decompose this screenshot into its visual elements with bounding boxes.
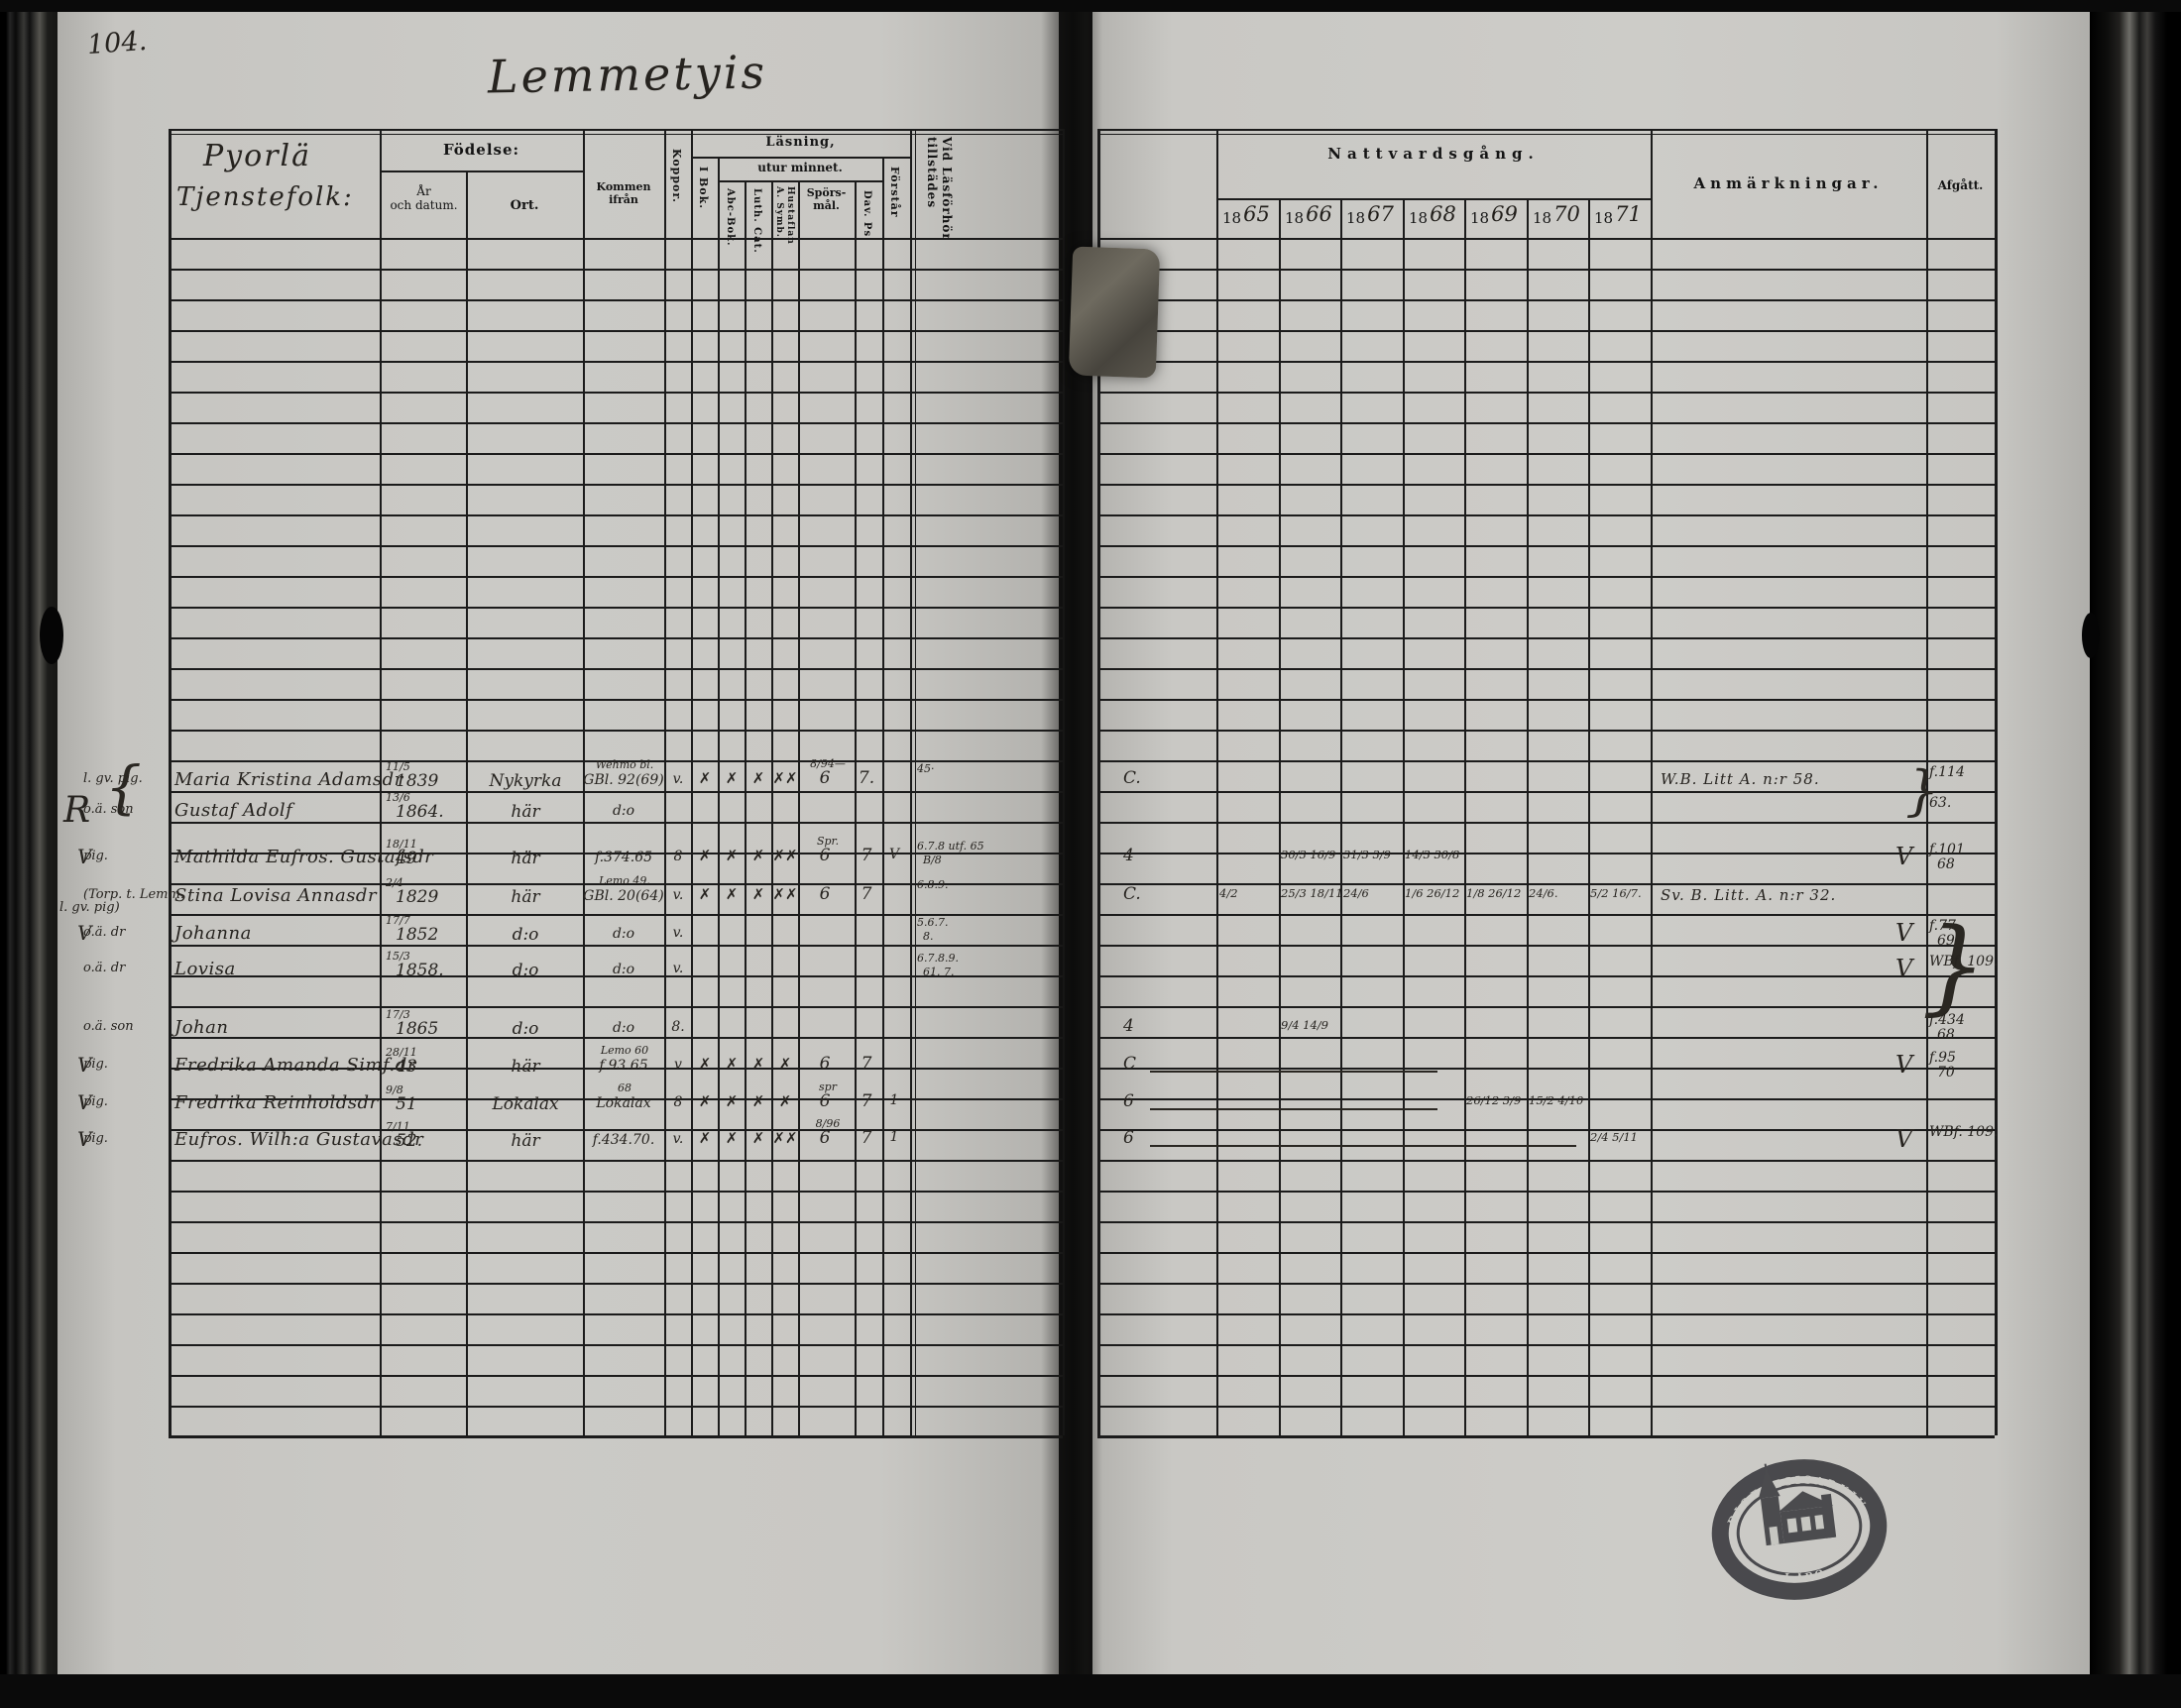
grid-hline [1097, 883, 1995, 885]
row-name: Fredrika Reinholdsdr [174, 1092, 383, 1113]
row-reading-abc: ✗ [720, 885, 744, 903]
year-printed-prefix: 18 [1470, 209, 1489, 227]
row-communion-1869: 1/8 26/12 [1466, 886, 1526, 900]
row-afgatt-ref: WBf. 109. [1929, 1124, 1993, 1140]
row-reading-luth: ✗ [746, 1055, 770, 1073]
grid-vline [1403, 198, 1405, 1435]
row-margin-note-2: l. gv. pig) [59, 900, 178, 915]
header-ort: Ort. [468, 198, 581, 213]
row-smallpox-mark: 8 [666, 849, 690, 864]
row-come-from: d:o [583, 1020, 664, 1036]
grid-hline [169, 945, 1063, 947]
grid-hline [1097, 299, 1995, 301]
grid-hline [1097, 1283, 1995, 1285]
grid-hline [1097, 791, 1995, 793]
row-sporsmal-grade: 6 [813, 846, 837, 865]
grid-hline [1097, 1068, 1995, 1070]
photo-edge-bottom [0, 1674, 2181, 1708]
row-come-from: d:o [583, 926, 664, 942]
row-reading-ibok: ✗ [693, 847, 717, 864]
row-come-from: GBl. 20(64) [583, 888, 664, 904]
row-margin-note: pig. [83, 1057, 177, 1072]
row-name: Lovisa [174, 959, 383, 979]
row-come-from: f.93.65 [583, 1058, 664, 1074]
book-spine-edge [0, 0, 57, 1708]
row-afgatt-ref: 63. [1929, 795, 1993, 811]
row-margin-symbol: V [77, 845, 91, 868]
grid-hline [691, 157, 910, 159]
grid-hline [718, 180, 882, 182]
grid-hline [169, 1406, 1063, 1408]
row-birth-place: här [470, 802, 581, 822]
row-afgatt-check: V [1895, 1125, 1927, 1153]
grid-hline [169, 822, 1063, 824]
header-vid-lasforhor: Vid Läsförhör tillstädes [924, 137, 954, 241]
row-davps-grade: 7 [855, 1054, 878, 1074]
row-come-from-note: Wehmo bl. [587, 758, 662, 771]
row-name: Eufros. Wilh:a Gustavasdr [174, 1129, 383, 1150]
row-birth-year: 1864. [396, 802, 467, 822]
grid-vline [1588, 198, 1590, 1435]
row-reading-ibok: ✗ [693, 1092, 717, 1110]
grid-hline [1216, 198, 1651, 200]
row-birth-year: 1839 [396, 771, 467, 791]
row-birth-place: här [470, 1057, 581, 1077]
row-communion-mark: C. [1123, 768, 1183, 788]
grid-hline [1097, 914, 1995, 916]
header-koppor: Koppor. [670, 149, 682, 203]
row-afgatt-ref: WBf. 109. [1929, 954, 1993, 969]
year-cell: 1871 [1594, 204, 1650, 228]
year-cell: 1865 [1222, 204, 1278, 228]
row-name: Fredrika Amanda Simf.dr [174, 1055, 383, 1076]
row-margin-symbol: V [77, 1053, 91, 1077]
row-smallpox-mark: 8. [666, 1019, 690, 1035]
row-communion-1871: 5/2 16/7. [1590, 886, 1650, 900]
row-come-from: f.374.65 [583, 850, 664, 865]
grid-hline [169, 607, 1063, 609]
grid-vline [1464, 198, 1466, 1435]
row-smallpox-mark: v. [666, 771, 690, 787]
row-birth-place: d:o [470, 925, 581, 945]
grid-hline [1097, 1252, 1995, 1254]
grid-vline [745, 180, 746, 1435]
year-cell: 1869 [1470, 204, 1526, 228]
header-sporsmal: Spörs- mål. [798, 186, 855, 212]
grid-hline [1097, 730, 1995, 732]
year-printed-prefix: 18 [1409, 209, 1428, 227]
row-communion-1867: 31/3 3/9 [1343, 848, 1403, 861]
header-lasning: Läsning, [691, 135, 910, 150]
edge-notch-mark [2082, 613, 2100, 658]
year-cell: 1867 [1346, 204, 1402, 228]
row-reading-luth: ✗ [746, 1092, 770, 1110]
row-margin-note: pig. [83, 849, 177, 863]
grid-hline [169, 129, 1063, 131]
row-reading-ibok: ✗ [693, 769, 717, 787]
year-printed-prefix: 18 [1594, 209, 1613, 227]
edge-hole-mark [40, 607, 63, 664]
row-name: Stina Lovisa Annasdr [174, 885, 383, 906]
grid-hline [1097, 1313, 1995, 1315]
grid-hline [1097, 129, 1995, 131]
row-communion-1870: 15/2 4/10 [1529, 1093, 1588, 1107]
row-afgatt-check: V [1895, 843, 1927, 870]
row-reading-abc: ✗ [720, 1092, 744, 1110]
row-birth-place: Nykyrka [470, 771, 581, 791]
row-smallpox-mark: v. [666, 1131, 690, 1147]
row-margin-note: pig. [83, 1131, 177, 1146]
header-hustaflan-symb: Hustaflan A. Symb. [773, 186, 795, 245]
row-come-from: Lokalax [583, 1095, 664, 1111]
row-forstar-mark: V [882, 847, 906, 862]
row-margin-note: o.ä. son [83, 1019, 177, 1034]
header-kommen-ifran: Kommen ifrån [583, 180, 664, 206]
year-printed-prefix: 18 [1346, 209, 1365, 227]
grid-hline [169, 1221, 1063, 1223]
row-reading-hustaflan: ✗✗ [770, 1129, 800, 1147]
header-ar-och-datum: År och datum. [382, 184, 466, 212]
row-communion-1866: 30/3 16/9 [1281, 848, 1340, 861]
row-birth-year: 43 [396, 1057, 467, 1077]
row-birth-year: 51 [396, 1094, 467, 1114]
year-handwritten-suffix: 68 [1430, 202, 1456, 226]
row-come-from: d:o [583, 803, 664, 819]
row-davps-grade: 7 [855, 884, 878, 904]
year-printed-prefix: 18 [1533, 209, 1551, 227]
grid-hline [1097, 514, 1995, 516]
row-birth-place: här [470, 1131, 581, 1151]
row-name: Johan [174, 1017, 383, 1038]
grid-hline [1097, 1406, 1995, 1408]
grid-hline [1097, 1375, 1995, 1377]
row-afgatt-ref: f.95 [1929, 1050, 1993, 1066]
row-communion-1867: 24/6 [1343, 886, 1403, 900]
header-utur-minnet: utur minnet. [718, 161, 882, 174]
grid-hline [169, 699, 1063, 701]
grid-hline [1097, 330, 1995, 332]
grid-hline [169, 1191, 1063, 1193]
grid-hline [380, 171, 583, 172]
grid-hline [1097, 760, 1995, 762]
row-communion-mark: 4 [1123, 846, 1183, 865]
row-communion-1868: 1/6 26/12 [1405, 886, 1464, 900]
row-come-from: d:o [583, 962, 664, 977]
year-handwritten-suffix: 65 [1243, 202, 1270, 226]
row-birth-year: 1865 [396, 1019, 467, 1039]
grid-hline [169, 1252, 1063, 1254]
row-birth-year: 1829 [396, 887, 467, 907]
row-afgatt-check: V [1895, 1051, 1927, 1079]
row-smallpox-mark: v. [666, 887, 690, 903]
row-reading-hustaflan: ✗ [770, 1092, 800, 1110]
row-sporsmal-grade: 6 [813, 1054, 837, 1074]
row-birth-year: 49 [396, 849, 467, 868]
row-margin-symbol: R [63, 790, 90, 831]
grid-hline [1097, 822, 1995, 824]
row-sporsmal-grade: 6 [813, 1128, 837, 1148]
grid-hline [169, 1006, 1063, 1008]
grid-hline [1097, 637, 1995, 639]
header-dav-ps: Dav. Ps. [861, 190, 872, 242]
row-smallpox-mark: v. [666, 961, 690, 976]
row-forstar-mark: 1 [882, 1092, 906, 1108]
grid-vline [910, 129, 912, 1435]
grid-hline [1097, 1006, 1995, 1008]
year-handwritten-suffix: 66 [1306, 202, 1332, 226]
grid-hline [1097, 134, 1995, 135]
grid-hline [1097, 1037, 1995, 1039]
archive-stamp: DIOECESISARKIV · I ÅBO · [1697, 1431, 1901, 1627]
row-name: Mathilda Eufros. Gustafsdr [174, 847, 383, 867]
row-birth-place: här [470, 887, 581, 907]
grid-hline [169, 269, 1063, 271]
scanned-book-spread: 104. Lemmetyis Pyorlä Tjenstefolk: Födel… [0, 0, 2181, 1708]
row-afgatt-year: 68 [1937, 1027, 1995, 1043]
grid-hline [169, 791, 1063, 793]
grid-hline [169, 1283, 1063, 1285]
grid-vline [882, 157, 884, 1435]
row-name: Johanna [174, 923, 383, 944]
village-name: Pyorlä [203, 139, 311, 173]
grid-hline [169, 576, 1063, 578]
row-smallpox-mark: v. [666, 925, 690, 941]
row-come-from-note: 68 [587, 1082, 662, 1094]
row-remark: Sv. B. Litt. A. n:r 32. [1661, 886, 1924, 904]
photo-edge-top [0, 0, 2181, 12]
row-reading-abc: ✗ [720, 769, 744, 787]
header-anmarkningar: Anmärkningar. [1651, 174, 1926, 192]
row-davps-grade: 7 [855, 1091, 878, 1111]
row-communion-1865: 4/2 [1219, 886, 1279, 900]
grid-vline [1216, 129, 1218, 1435]
page-title-handwritten: Lemmetyis [488, 46, 768, 104]
year-handwritten-suffix: 67 [1367, 202, 1394, 226]
grid-hline [1097, 576, 1995, 578]
row-afgatt-ref: f.434 [1929, 1012, 1993, 1028]
grid-hline [169, 453, 1063, 455]
grid-hline [169, 238, 1063, 240]
grid-hline [1097, 422, 1995, 424]
header-fodelse: Födelse: [380, 141, 583, 159]
row-reading-ibok: ✗ [693, 885, 717, 903]
year-printed-prefix: 18 [1285, 209, 1304, 227]
grid-hline [169, 361, 1063, 363]
row-birth-year: 1852 [396, 925, 467, 945]
row-group-brace: } [1905, 759, 1939, 822]
page-stack-edge [2090, 0, 2181, 1708]
row-reading-hustaflan: ✗✗ [770, 769, 800, 787]
row-reading-ibok: ✗ [693, 1055, 717, 1073]
year-handwritten-suffix: 70 [1553, 202, 1580, 226]
grid-hline [1097, 607, 1995, 609]
row-communion-1869: 26/12 3/9 [1466, 1093, 1526, 1107]
grid-hline [169, 1313, 1063, 1315]
row-davps-grade: 7. [855, 768, 878, 788]
grid-vline [771, 180, 773, 1435]
grid-vline [1995, 129, 1998, 1435]
row-name: Gustaf Adolf [174, 800, 383, 821]
grid-hline [1097, 699, 1995, 701]
grid-hline [1097, 269, 1995, 271]
row-reading-abc: ✗ [720, 847, 744, 864]
row-come-from: GBl. 92(69) [583, 772, 664, 788]
row-margin-note: pig. [83, 1094, 177, 1109]
row-communion-1870: 24/6. [1529, 886, 1588, 900]
row-afgatt-ref: f.101 [1929, 842, 1993, 857]
row-afgatt-check: V [1895, 955, 1927, 982]
grid-hline [169, 484, 1063, 486]
grid-vline [1651, 129, 1653, 1435]
row-reading-luth: ✗ [746, 769, 770, 787]
grid-hline [1097, 1160, 1995, 1162]
row-smallpox-mark: 8 [666, 1094, 690, 1110]
grid-hline [169, 134, 1063, 135]
row-come-from-note: Lemo 60 [587, 1044, 662, 1057]
grid-hline [169, 730, 1063, 732]
row-sporsmal-grade: 6 [813, 1091, 837, 1111]
grid-vline [1527, 198, 1529, 1435]
header-afgatt: Afgått. [1926, 178, 1995, 192]
grid-vline [915, 129, 916, 1435]
grid-hline [169, 668, 1063, 670]
grid-hline [1097, 1191, 1995, 1193]
row-come-from: f.434.70. [583, 1132, 664, 1148]
grid-hline [169, 637, 1063, 639]
header-i-bok: I Bok. [697, 167, 709, 209]
row-birth-place: Lokalax [470, 1094, 581, 1114]
row-come-from-note: Lemo 49. [587, 874, 662, 887]
row-forstar-mark: 1 [882, 1129, 906, 1145]
row-smallpox-mark: v [666, 1057, 690, 1073]
header-nattvardsgang: Nattvardsgång. [1216, 145, 1651, 163]
grid-hline [169, 514, 1063, 516]
grid-hline [1097, 668, 1995, 670]
year-cell: 1868 [1409, 204, 1464, 228]
year-handwritten-suffix: 69 [1491, 202, 1518, 226]
row-margin-note: o.ä. son [83, 802, 177, 817]
row-reading-hustaflan: ✗ [770, 1055, 800, 1073]
grid-vline [855, 180, 857, 1435]
row-margin-note: o.ä. dr [83, 961, 177, 975]
grid-hline [169, 422, 1063, 424]
household-category: Tjenstefolk: [176, 182, 354, 212]
row-reading-luth: ✗ [746, 1129, 770, 1147]
grid-hline [169, 1375, 1063, 1377]
header-luth-cat: Luth. Cat. [750, 188, 762, 254]
row-communion-1871: 2/4 5/11 [1590, 1130, 1650, 1144]
grid-hline [1097, 453, 1995, 455]
row-strike-dash [1150, 1145, 1576, 1147]
grid-hline [169, 1435, 1063, 1438]
row-birth-place: d:o [470, 961, 581, 980]
grid-vline [798, 180, 800, 1435]
row-reading-hustaflan: ✗✗ [770, 847, 800, 864]
grid-hline [169, 1160, 1063, 1162]
row-name: Maria Kristina Adamsdr [174, 769, 383, 790]
row-reading-ibok: ✗ [693, 1129, 717, 1147]
row-reading-luth: ✗ [746, 885, 770, 903]
row-sporsmal-grade: 6 [813, 884, 837, 904]
grid-hline [169, 545, 1063, 547]
grid-hline [1097, 1129, 1995, 1131]
row-remark: W.B. Litt A. n:r 58. [1661, 770, 1924, 788]
grid-vline [1279, 198, 1281, 1435]
grid-hline [1097, 484, 1995, 486]
grid-hline [1097, 853, 1995, 854]
year-cell: 1870 [1533, 204, 1588, 228]
row-margin-symbol: V [77, 1090, 91, 1114]
year-printed-prefix: 18 [1222, 209, 1241, 227]
year-cell: 1866 [1285, 204, 1340, 228]
row-sporsmal-grade: 6 [813, 768, 837, 788]
row-reading-hustaflan: ✗✗ [770, 885, 800, 903]
row-margin-note: o.ä. dr [83, 925, 177, 940]
row-communion-1866: 25/3 18/11 [1281, 886, 1340, 900]
row-margin-symbol: V [77, 1127, 91, 1151]
torn-tape-patch [1069, 247, 1160, 379]
row-afgatt-year: 70 [1937, 1065, 1995, 1081]
grid-vline [1340, 198, 1342, 1435]
grid-hline [1097, 1221, 1995, 1223]
grid-hline [169, 1344, 1063, 1346]
row-birth-year: 52. [396, 1131, 467, 1151]
row-communion-1868: 14/3 30/8 [1405, 848, 1464, 861]
row-communion-1866: 9/4 14/9 [1281, 1018, 1340, 1032]
row-birth-place: här [470, 849, 581, 868]
row-birth-place: d:o [470, 1019, 581, 1039]
left-page [56, 10, 1059, 1675]
row-afgatt-year: 68 [1937, 856, 1995, 872]
grid-hline [1097, 1344, 1995, 1346]
header-forstar: Förstår [888, 167, 900, 218]
row-communion-mark: 4 [1123, 1016, 1183, 1036]
grid-hline [1097, 392, 1995, 394]
grid-hline [169, 392, 1063, 394]
row-reading-luth: ✗ [746, 847, 770, 864]
grid-hline [1097, 545, 1995, 547]
row-davps-grade: 7 [855, 1128, 878, 1148]
grid-hline [169, 330, 1063, 332]
row-birth-year: 1858. [396, 961, 467, 980]
row-reading-abc: ✗ [720, 1129, 744, 1147]
grid-hline [1097, 238, 1995, 240]
grid-vline [718, 157, 720, 1435]
row-strike-dash [1150, 1108, 1437, 1110]
row-communion-mark: C. [1123, 884, 1183, 904]
grid-hline [1097, 945, 1995, 947]
row-reading-abc: ✗ [720, 1055, 744, 1073]
year-handwritten-suffix: 71 [1615, 202, 1642, 226]
grid-hline [1097, 975, 1995, 977]
row-strike-dash [1150, 1071, 1437, 1073]
grid-hline [169, 299, 1063, 301]
row-davps-grade: 7 [855, 846, 878, 865]
page-number: 104. [86, 26, 148, 60]
grid-hline [1097, 361, 1995, 363]
row-margin-symbol: V [77, 921, 91, 945]
